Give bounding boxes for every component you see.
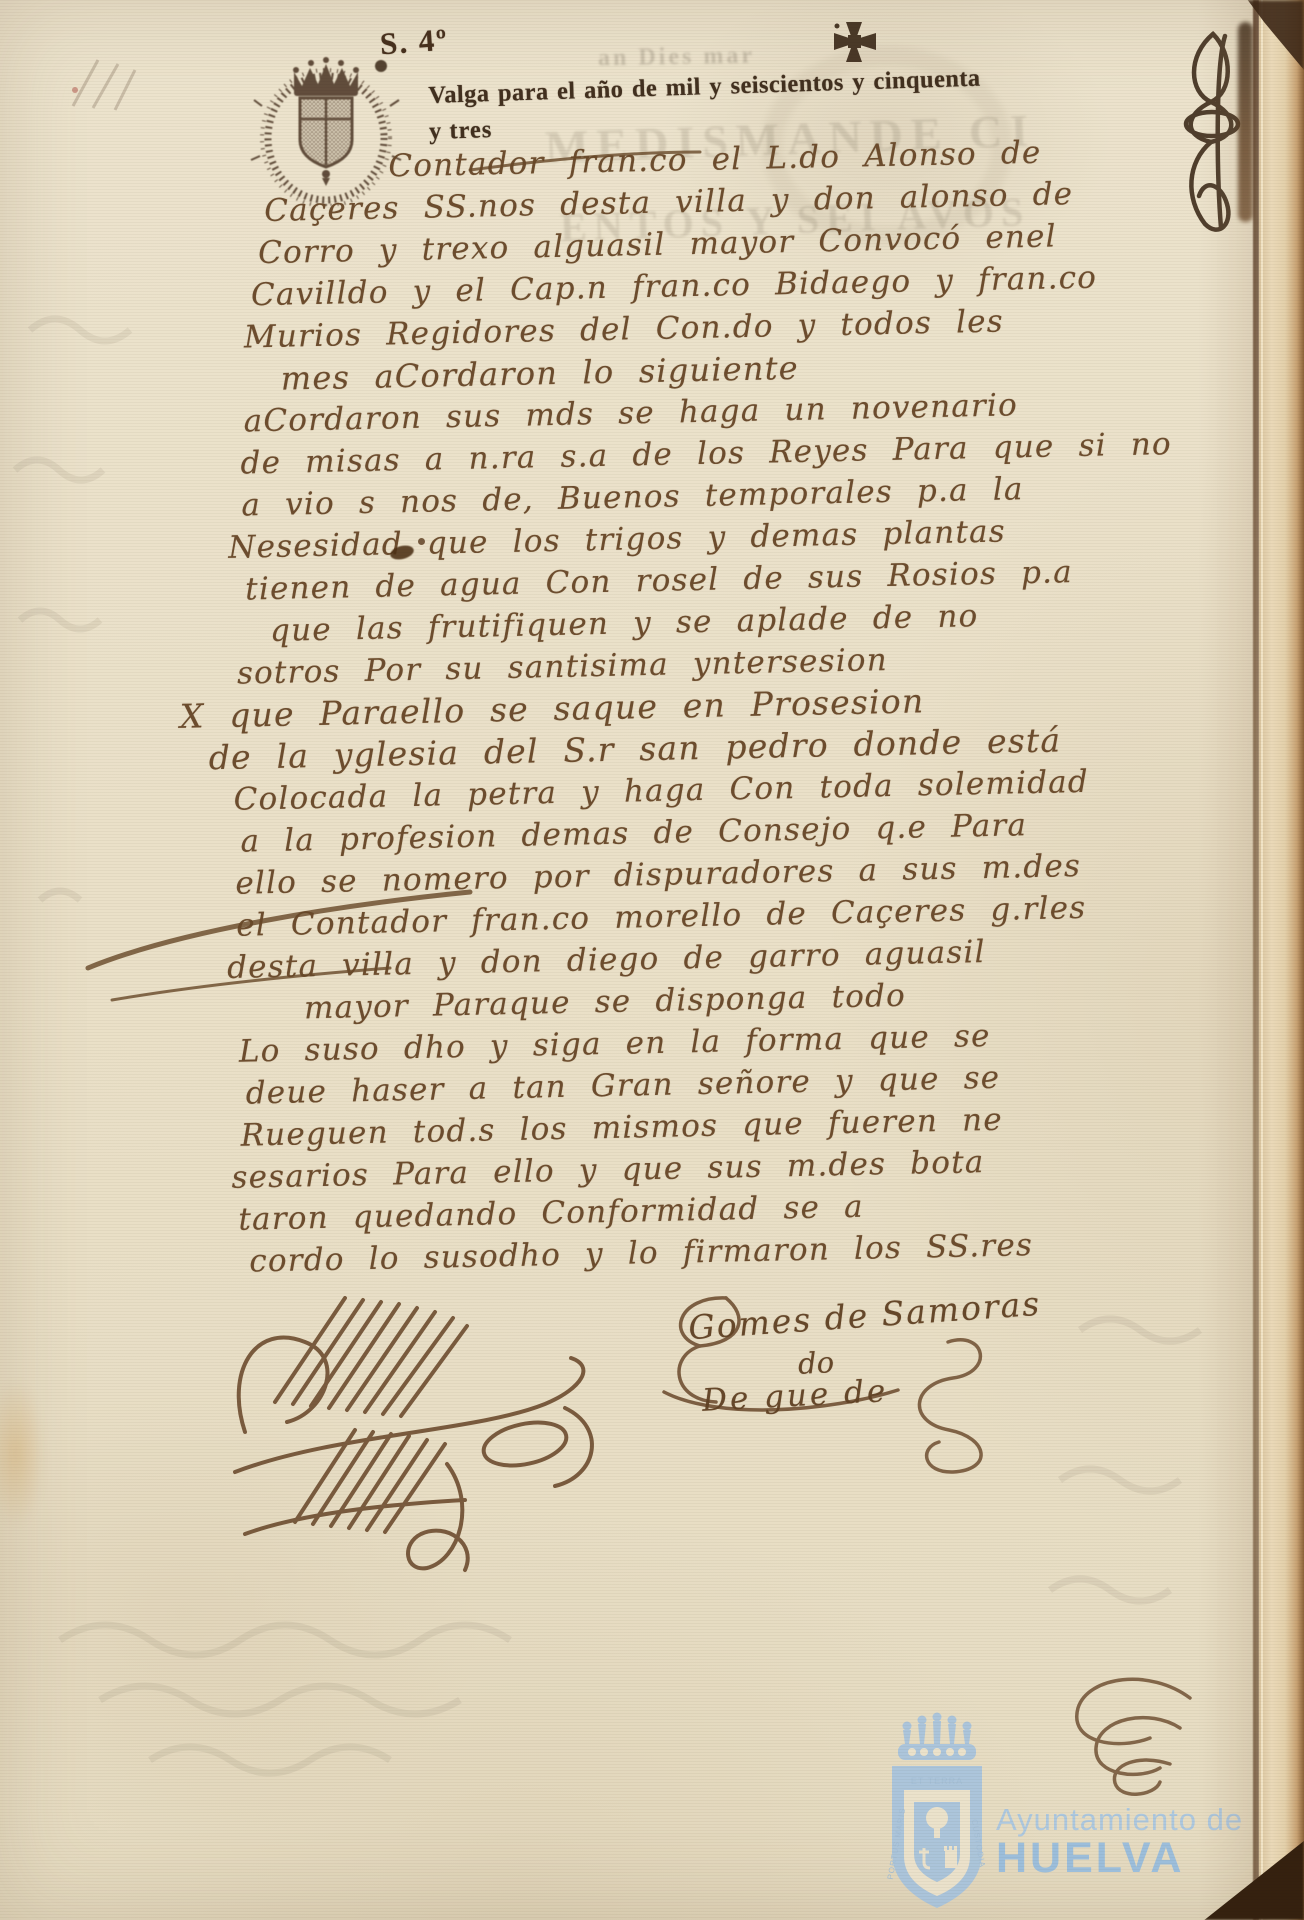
signature-flourish-left xyxy=(215,1282,640,1577)
huelva-crest-watermark: ET TERRA PORTUS MARIS CUSTODIA xyxy=(862,1712,1012,1920)
ink-dot xyxy=(418,538,425,545)
rubric-spiral-bottom xyxy=(1028,1668,1210,1803)
scanned-manuscript-page: an Dies mar MEDISMANDE CI ENTOS Y SEI AV… xyxy=(0,0,1304,1920)
page-curve-shadow xyxy=(1198,0,1256,1920)
rubric-spiral-mid xyxy=(893,1322,1005,1487)
book-page-stack-edge xyxy=(1259,0,1304,1920)
watermark-city-name: HUELVA xyxy=(996,1834,1184,1883)
svg-text:ET TERRA: ET TERRA xyxy=(911,1776,963,1786)
pen-flourishes xyxy=(0,0,1304,1920)
